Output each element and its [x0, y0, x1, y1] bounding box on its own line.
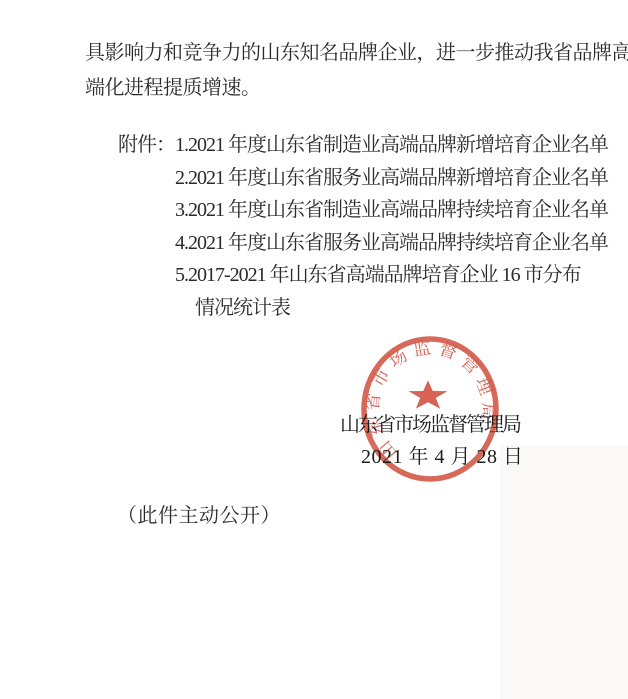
attachment-item-4: 4.2021 年度山东省服务业高端品牌持续培育企业名单: [175, 227, 608, 260]
attachment-item-5-text: 5.2017-2021 年山东省高端品牌培育企业 16 市分布: [175, 259, 608, 292]
attachment-item-1-text: 1.2021 年度山东省制造业高端品牌新增培育企业名单: [175, 129, 608, 162]
body-paragraph: 具影响力和竞争力的山东知名品牌企业，进一步推动我省品牌高 端化进程提质增速。: [85, 36, 585, 106]
body-line-1: 具影响力和竞争力的山东知名品牌企业，进一步推动我省品牌高: [85, 36, 585, 71]
attachment-list: 附件： 1.2021 年度山东省制造业高端品牌新增培育企业名单 2.2021 年…: [118, 129, 608, 325]
attachment-item-4-text: 4.2021 年度山东省服务业高端品牌持续培育企业名单: [175, 227, 608, 260]
scan-artifact-band: [500, 445, 628, 699]
attachment-item-5-continuation: 情况统计表: [175, 292, 608, 325]
disclosure-note: （此件主动公开）: [117, 499, 281, 528]
attachment-item-3: 3.2021 年度山东省制造业高端品牌持续培育企业名单: [175, 194, 608, 227]
attachment-item-2: 2.2021 年度山东省服务业高端品牌新增培育企业名单: [175, 162, 608, 195]
attachment-item-5: 5.2017-2021 年山东省高端品牌培育企业 16 市分布 情况统计表: [175, 259, 608, 324]
attachment-items: 1.2021 年度山东省制造业高端品牌新增培育企业名单 2.2021 年度山东省…: [175, 129, 608, 325]
document-page: 具影响力和竞争力的山东知名品牌企业，进一步推动我省品牌高 端化进程提质增速。 附…: [0, 0, 628, 699]
signature-agency: 山东省市场监督管理局: [340, 408, 520, 437]
attachment-item-3-text: 3.2021 年度山东省制造业高端品牌持续培育企业名单: [175, 194, 608, 227]
signature-date: 2021 年 4 月 28 日: [361, 440, 524, 469]
attachment-item-2-text: 2.2021 年度山东省服务业高端品牌新增培育企业名单: [175, 162, 608, 195]
attachment-label: 附件：: [118, 129, 175, 325]
body-line-2: 端化进程提质增速。: [85, 71, 585, 106]
attachment-item-1: 1.2021 年度山东省制造业高端品牌新增培育企业名单: [175, 129, 608, 162]
seal-star-icon: [408, 380, 447, 408]
